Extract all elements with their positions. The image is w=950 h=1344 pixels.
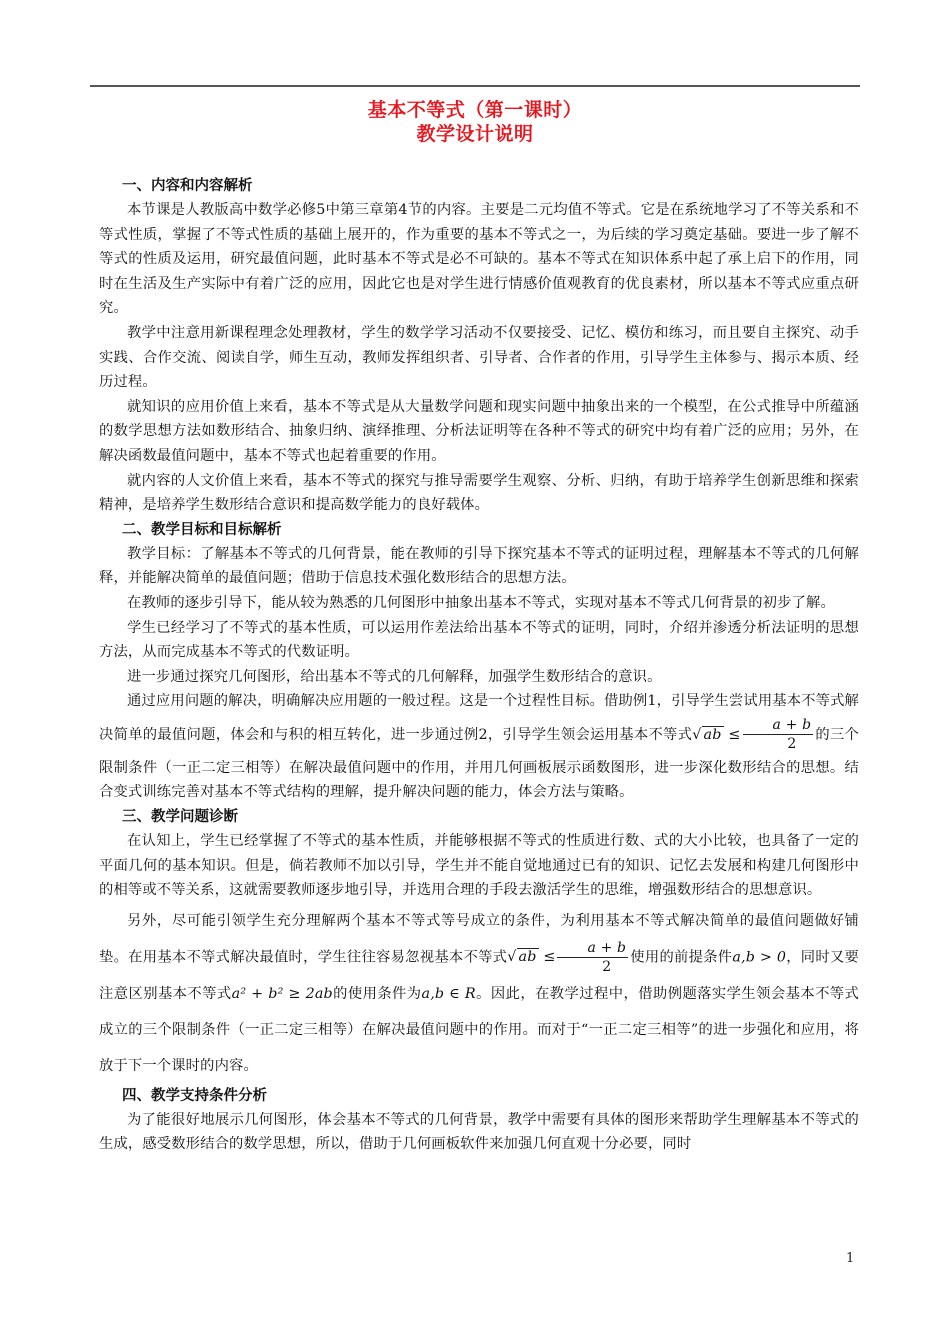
fraction: a + b2 (557, 939, 628, 976)
page-number: 1 (846, 1251, 854, 1266)
paragraph: 就内容的人文价值上来看，基本不等式的探究与推导需要学生观察、分析、归纳，有助于培… (99, 469, 859, 518)
square-inequality: a² + b² ≥ 2ab (232, 986, 333, 1002)
paragraph: 本节课是人教版高中数学必修5中第三章第4节的内容。主要是二元均值不等式。它是在系… (99, 198, 859, 321)
paragraph: 为了能很好地展示几何图形，体会基本不等式的几何背景，教学中需要有具体的图形来帮助… (99, 1108, 859, 1157)
title-line-2: 教学设计说明 (90, 122, 860, 146)
paragraph: 在教师的逐步引导下，能从较为熟悉的几何图形中抽象出基本不等式，实现对基本不等式几… (99, 591, 859, 616)
header-rule (90, 85, 860, 87)
section-heading-1: 一、内容和内容解析 (99, 174, 859, 198)
document-page: 基本不等式（第一课时） 教学设计说明 一、内容和内容解析 本节课是人教版高中数学… (0, 0, 950, 1344)
document-title: 基本不等式（第一课时） 教学设计说明 (90, 98, 860, 146)
paragraph: 在认知上，学生已经掌握了不等式的基本性质，并能够根据不等式的性质进行数、式的大小… (99, 829, 859, 903)
paragraph: 教学目标：了解基本不等式的几何背景，能在教师的引导下探究基本不等式的证明过程，理… (99, 542, 859, 591)
sqrt-symbol: √ab (507, 948, 538, 965)
paragraph-with-formula: 通过应用问题的解决，明确解决应用题的一般过程。这是一个过程性目标。借助例1，引导… (99, 689, 859, 805)
section-heading-3: 三、教学问题诊断 (99, 805, 859, 829)
positive-condition: a,b > 0 (732, 949, 786, 965)
paragraph: 教学中注意用新课程理念处理教材，学生的数学学习活动不仅要接受、记忆、模仿和练习，… (99, 321, 859, 395)
paragraph: 进一步通过探究几何图形，给出基本不等式的几何解释，加强学生数形结合的意识。 (99, 665, 859, 690)
title-line-1: 基本不等式（第一课时） (90, 98, 860, 122)
paragraph: 学生已经学习了不等式的基本性质，可以运用作差法给出基本不等式的证明，同时，介绍并… (99, 616, 859, 665)
paragraph: 就知识的应用价值上来看，基本不等式是从大量数学问题和现实问题中抽象出来的一个模型… (99, 395, 859, 469)
mean-inequality-formula: √ab ≤a + b2 (507, 949, 630, 965)
section-heading-4: 四、教学支持条件分析 (99, 1084, 859, 1108)
paragraph-with-formula: 另外，尽可能引领学生充分理解两个基本不等式等号成立的条件，为利用基本不等式解决简… (99, 903, 859, 1084)
real-condition: a,b ∈ R (422, 986, 476, 1002)
mean-inequality-formula: √ab ≤a + b2 (692, 727, 815, 743)
section-heading-2: 二、教学目标和目标解析 (99, 518, 859, 542)
fraction: a + b2 (743, 716, 814, 753)
sqrt-symbol: √ab (692, 726, 723, 743)
document-body: 一、内容和内容解析 本节课是人教版高中数学必修5中第三章第4节的内容。主要是二元… (99, 174, 859, 1157)
